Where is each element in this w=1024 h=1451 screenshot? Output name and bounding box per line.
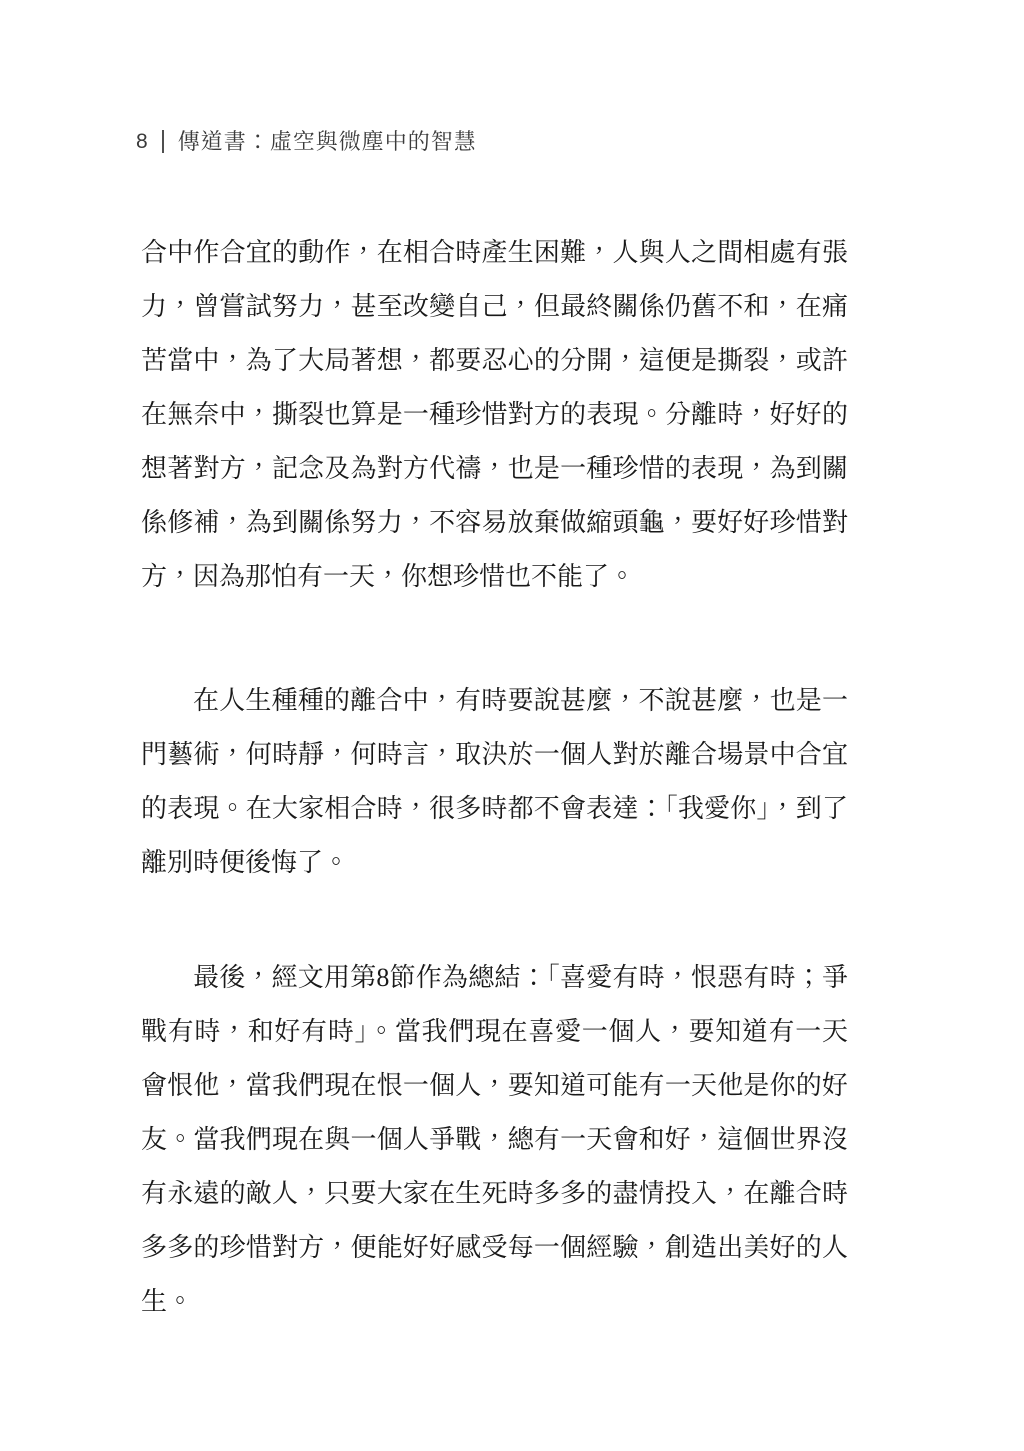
book-page: 8 傳道書：虛空與微塵中的智慧 合中作合宜的動作，在相合時產生困難，人與人之間相… — [0, 0, 1024, 1451]
body-text-block: 合中作合宜的動作，在相合時產生困難，人與人之間相處有張力，曾嘗試努力，甚至改變自… — [141, 226, 848, 1329]
header-divider — [162, 130, 164, 153]
book-title: 傳道書：虛空與微塵中的智慧 — [178, 129, 477, 154]
paragraph: 最後，經文用第8節作為總結：「喜愛有時，恨惡有時；爭戰有時，和好有時」。當我們現… — [141, 951, 848, 1329]
page-number: 8 — [136, 129, 149, 154]
running-header: 8 傳道書：虛空與微塵中的智慧 — [136, 129, 477, 154]
paragraph: 合中作合宜的動作，在相合時產生困難，人與人之間相處有張力，曾嘗試努力，甚至改變自… — [141, 226, 848, 604]
paragraph: 在人生種種的離合中，有時要說甚麼，不說甚麼，也是一門藝術，何時靜，何時言，取決於… — [141, 674, 848, 890]
